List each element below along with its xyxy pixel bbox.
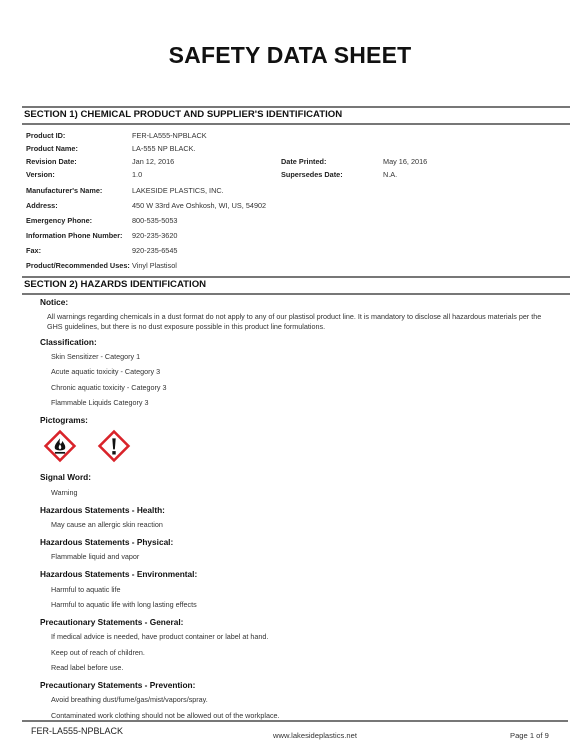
classification-item: Chronic aquatic toxicity - Category 3	[51, 383, 166, 392]
physical-statement: Flammable liquid and vapor	[51, 552, 139, 561]
field-value: LA-555 NP BLACK.	[132, 143, 196, 154]
notice-text: All warnings regarding chemicals in a du…	[47, 312, 547, 331]
field-value: Jan 12, 2016	[132, 156, 174, 167]
field-label: Revision Date:	[26, 156, 77, 167]
environmental-statements-label: Hazardous Statements - Environmental:	[40, 569, 197, 579]
field-value: FER-LA555-NPBLACK	[132, 130, 207, 141]
prevention-precautions-label: Precautionary Statements - Prevention:	[40, 680, 195, 690]
field-value: 1.0	[132, 169, 142, 180]
field-value: 920-235-6545	[132, 245, 177, 256]
footer-page-number: Page 1 of 9	[510, 731, 549, 740]
field-label: Product/Recommended Uses:	[26, 260, 130, 271]
exclamation-mark-icon	[97, 429, 131, 463]
general-precaution: Keep out of reach of children.	[51, 648, 145, 657]
field-label: Fax:	[26, 245, 41, 256]
footer-product-id: FER-LA555-NPBLACK	[31, 726, 123, 736]
footer-divider	[22, 720, 568, 722]
document-title: SAFETY DATA SHEET	[0, 42, 580, 69]
signal-word: Warning	[51, 488, 78, 497]
field-value: N.A.	[383, 169, 397, 180]
field-label: Manufacturer's Name:	[26, 185, 102, 196]
field-value: LAKESIDE PLASTICS, INC.	[132, 185, 224, 196]
field-value: 800-535-5053	[132, 215, 177, 226]
health-statement: May cause an allergic skin reaction	[51, 520, 163, 529]
field-value: May 16, 2016	[383, 156, 427, 167]
prevention-precaution: Avoid breathing dust/fume/gas/mist/vapor…	[51, 695, 208, 704]
prevention-precaution: Contaminated work clothing should not be…	[51, 711, 280, 720]
flame-icon	[43, 429, 77, 463]
footer-website-link[interactable]: www.lakesideplastics.net	[273, 731, 357, 740]
classification-item: Skin Sensitizer - Category 1	[51, 352, 140, 361]
notice-label: Notice:	[40, 297, 68, 307]
field-label: Address:	[26, 200, 58, 211]
general-precaution: If medical advice is needed, have produc…	[51, 632, 268, 641]
field-value: 920-235-3620	[132, 230, 177, 241]
classification-label: Classification:	[40, 337, 97, 347]
field-value: 450 W 33rd Ave Oshkosh, WI, US, 54902	[132, 200, 266, 211]
field-label: Product Name:	[26, 143, 78, 154]
field-label: Version:	[26, 169, 55, 180]
physical-statements-label: Hazardous Statements - Physical:	[40, 537, 173, 547]
field-label: Product ID:	[26, 130, 65, 141]
field-value: Vinyl Plastisol	[132, 260, 177, 271]
section-2-heading: SECTION 2) HAZARDS IDENTIFICATION	[22, 276, 570, 295]
signal-word-label: Signal Word:	[40, 472, 91, 482]
pictograms-label: Pictograms:	[40, 415, 88, 425]
classification-item: Flammable Liquids Category 3	[51, 398, 148, 407]
field-label: Supersedes Date:	[281, 169, 343, 180]
field-label: Information Phone Number:	[26, 230, 122, 241]
environmental-statement: Harmful to aquatic life	[51, 585, 121, 594]
health-statements-label: Hazardous Statements - Health:	[40, 505, 165, 515]
section-1-heading: SECTION 1) CHEMICAL PRODUCT AND SUPPLIER…	[22, 106, 570, 125]
environmental-statement: Harmful to aquatic life with long lastin…	[51, 600, 197, 609]
field-label: Date Printed:	[281, 156, 326, 167]
field-label: Emergency Phone:	[26, 215, 92, 226]
classification-item: Acute aquatic toxicity - Category 3	[51, 367, 160, 376]
general-precautions-label: Precautionary Statements - General:	[40, 617, 183, 627]
general-precaution: Read label before use.	[51, 663, 123, 672]
